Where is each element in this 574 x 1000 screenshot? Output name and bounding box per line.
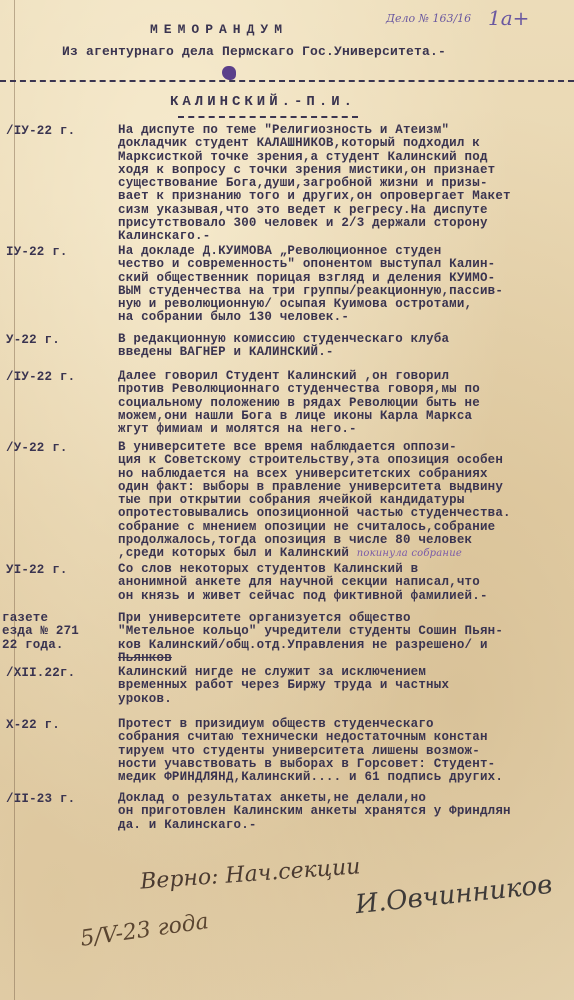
entry-date: /XII.22г. [6, 666, 75, 680]
handwritten-signature: И.Овчинников [354, 870, 554, 920]
signature-date: 5/V-23 года [79, 909, 210, 952]
entry-text: Доклад о результатах анкеты,не делали,но… [118, 792, 570, 832]
entry-date: У-22 г. [6, 333, 60, 347]
page-margin-line [14, 0, 15, 1000]
handwritten-annotation: покинула собрание [357, 548, 462, 559]
entry-text: В университете все время наблюдается опп… [118, 440, 511, 560]
entry-date: /II-23 г. [6, 792, 75, 806]
entry-text: На докладе Д.КУИМОВА „Революционное студ… [118, 245, 570, 325]
entry-text: При университете организуется общество "… [118, 611, 503, 652]
document-title: МЕМОРАНДУМ [150, 22, 288, 37]
entry-text: В редакционную комиссию студенческаго кл… [118, 333, 570, 360]
name-underline [178, 116, 358, 118]
entry-text-wrapper: В университете все время наблюдается опп… [118, 441, 570, 561]
entry-text: На диспуте по теме "Религиозность и Атеи… [118, 124, 570, 244]
entry-date: /У-22 г. [6, 441, 68, 455]
entry-date: X-22 г. [6, 718, 60, 732]
entry-text: Со слов некоторых студентов Калинский в … [118, 563, 570, 603]
entry-text: Далее говорил Студент Калинский ,он гово… [118, 370, 570, 436]
document-subtitle: Из агентурнаго дела Пермскаго Гос.Универ… [62, 44, 446, 59]
case-mark-annotation: 1а+ [488, 6, 529, 30]
struck-out-text: Пьянков [118, 651, 172, 665]
dashed-divider [0, 80, 574, 82]
entry-date: газете езда № 271 22 года. [2, 612, 79, 652]
entry-date: УI-22 г. [6, 563, 68, 577]
certification-note: Верно: Нач.секции [139, 854, 361, 894]
ink-blot [222, 66, 236, 80]
case-number-annotation: Дело № 163/16 [386, 12, 471, 25]
subject-name-heading: КАЛИНСКИЙ.-П.И. [170, 94, 356, 110]
entry-text: Протест в призидиум обществ студенческаг… [118, 718, 570, 784]
entry-date: IУ-22 г. [6, 245, 68, 259]
entry-text-wrapper: При университете организуется общество "… [118, 612, 570, 665]
entry-date: /IУ-22 г. [6, 124, 75, 138]
entry-text: Калинский нигде не служит за исключением… [118, 666, 570, 706]
entry-date: /IУ-22 г. [6, 370, 75, 384]
